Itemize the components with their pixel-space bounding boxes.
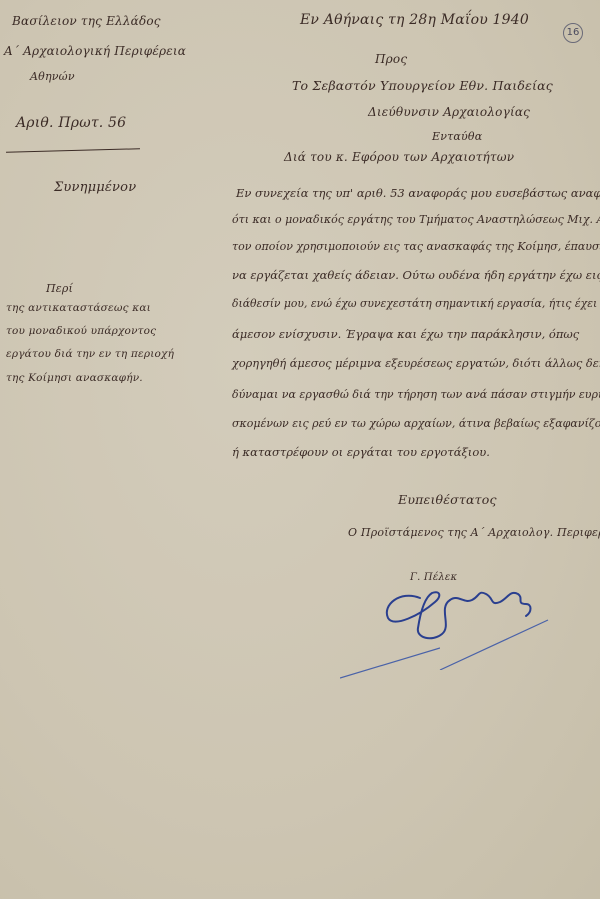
recipient-via: Διά του κ. Εφόρου των Αρχαιοτήτων bbox=[284, 150, 514, 164]
letter-page: 16 Βασίλειον της Ελλάδος Α΄ Αρχαιολογική… bbox=[0, 0, 600, 899]
folio-number-stamp: 16 bbox=[563, 23, 583, 43]
sender-city: Αθηνών bbox=[30, 70, 75, 83]
body-line: άμεσον ενίσχυσιν. Έγραψα και έχω την παρ… bbox=[232, 327, 579, 341]
body-line: να εργάζεται χαθείς άδειαν. Ούτω ουδένα … bbox=[232, 268, 600, 282]
body-line: διάθεσίν μου, ενώ έχω συνεχεστάτη σημαντ… bbox=[232, 297, 600, 310]
header-underline bbox=[6, 148, 140, 153]
recipient-pros: Προς bbox=[375, 52, 407, 66]
recipient-location: Ενταύθα bbox=[432, 130, 482, 143]
closing-title: Ο Προϊστάμενος της Α΄ Αρχαιολογ. Περιφερ… bbox=[348, 526, 600, 539]
body-line: τον οποίον χρησιμοποιούν εις τας ανασκαφ… bbox=[232, 240, 600, 253]
sender-office: Α΄ Αρχαιολογική Περιφέρεια bbox=[4, 44, 186, 58]
subject-line: του μοναδικού υπάρχοντος bbox=[6, 325, 156, 337]
subject-line: της Κοίμησι ανασκαφήν. bbox=[6, 372, 143, 384]
place-date: Εν Αθήναις τη 28η Μαΐου 1940 bbox=[300, 12, 529, 28]
body-line: ή καταστρέφουν οι εργάται του εργοτάξιου… bbox=[232, 445, 490, 459]
subject-line: της αντικαταστάσεως και bbox=[6, 302, 151, 314]
subject-label: Περί bbox=[46, 282, 73, 295]
recipient-ministry: Το Σεβαστόν Υπουργείον Εθν. Παιδείας bbox=[292, 78, 553, 93]
body-line: Εν συνεχεία της υπ' αριθ. 53 αναφοράς μο… bbox=[236, 186, 600, 200]
body-line: σκομένων εις ρεύ εν τω χώρω αρχαίων, άτι… bbox=[232, 417, 600, 430]
body-line: ότι και ο μοναδικός εργάτης του Τμήματος… bbox=[232, 213, 600, 226]
sender-kingdom: Βασίλειον της Ελλάδος bbox=[12, 14, 161, 28]
recipient-directorate: Διεύθυνσιν Αρχαιολογίας bbox=[368, 105, 530, 119]
signature-underline bbox=[340, 640, 440, 680]
protocol-number: Αριθ. Πρωτ. 56 bbox=[16, 115, 126, 131]
body-line: δύναμαι να εργασθώ διά την τήρηση των αν… bbox=[232, 388, 600, 401]
closing-salutation: Ευπειθέστατος bbox=[398, 492, 497, 507]
body-line: χορηγηθή άμεσος μέριμνα εξευρέσεως εργατ… bbox=[232, 357, 600, 370]
enclosure-label: Συνημμένον bbox=[54, 180, 136, 195]
subject-line: εργάτου διά την εν τη περιοχή bbox=[6, 348, 174, 360]
